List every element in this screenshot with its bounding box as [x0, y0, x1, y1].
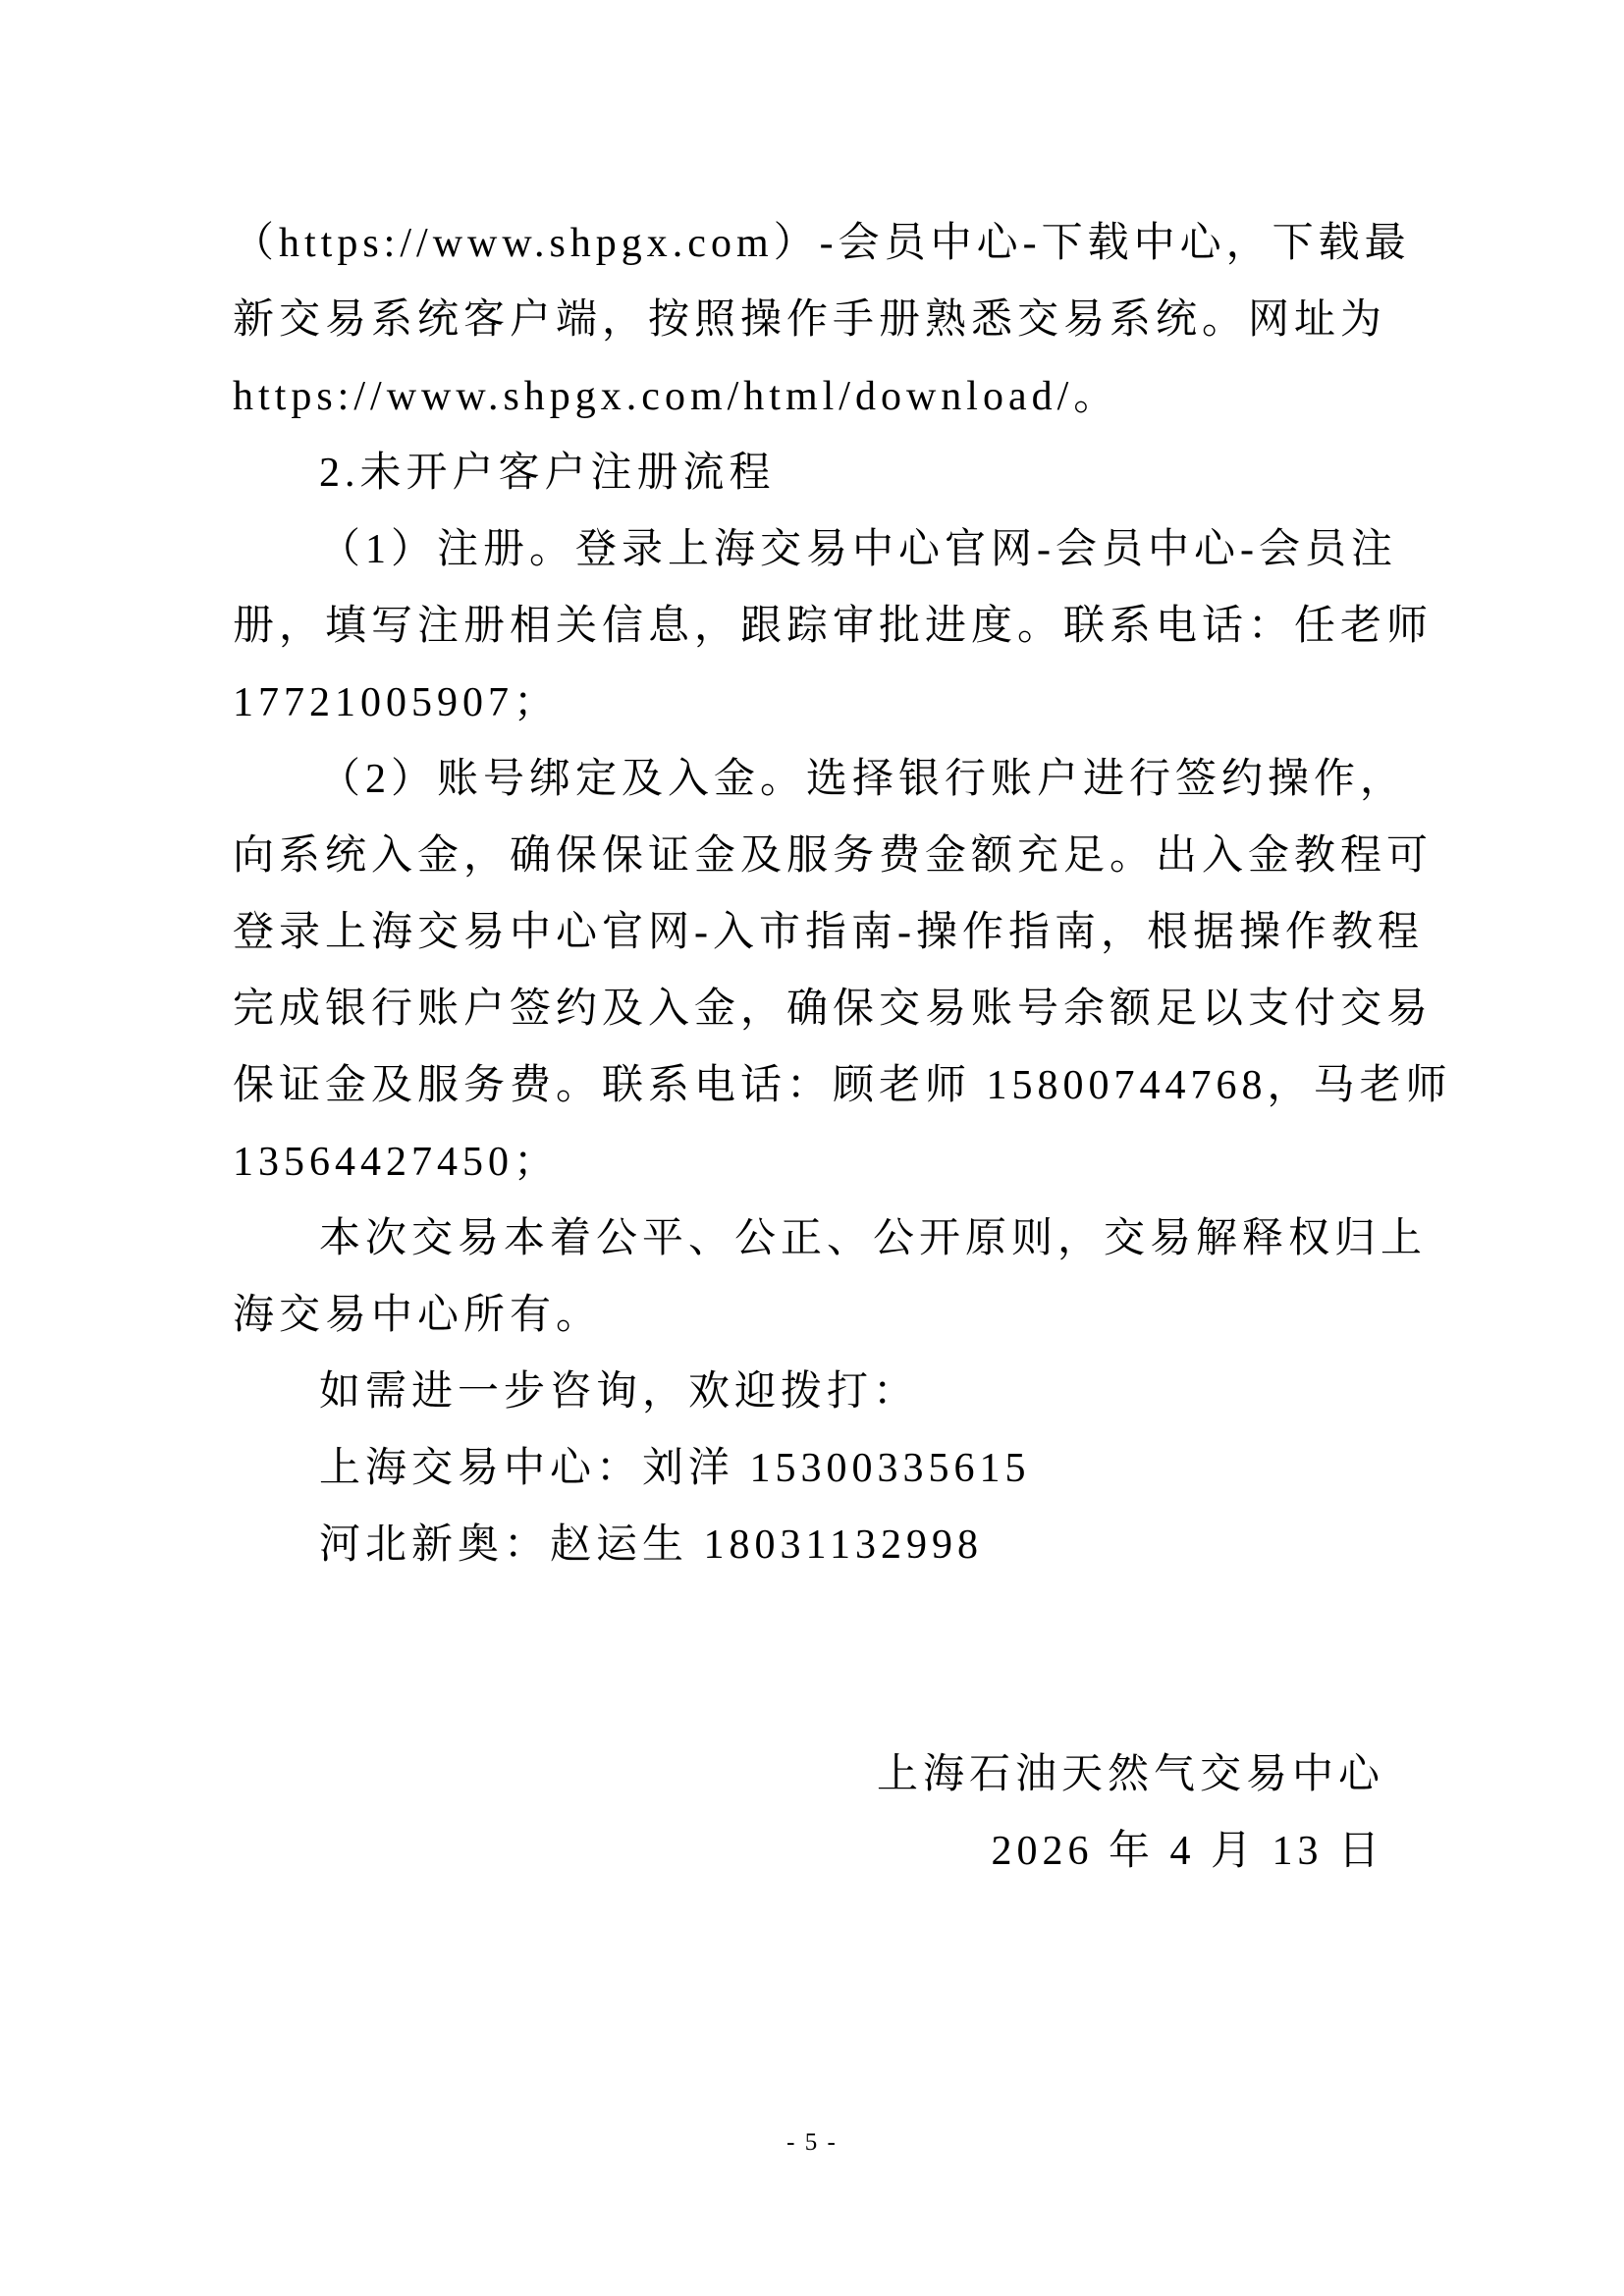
- body-line: （1）注册。登录上海交易中心官网-会员中心-会员注: [233, 511, 1384, 588]
- contact-line: 河北新奥：赵运生 18031132998: [233, 1507, 1384, 1583]
- body-line: 册，填写注册相关信息，跟踪审批进度。联系电话：任老师: [233, 588, 1384, 665]
- body-line: （2）账号绑定及入金。选择银行账户进行签约操作，: [233, 741, 1384, 818]
- document-body: （https://www.shpgx.com）-会员中心-下载中心，下载最 新交…: [233, 205, 1384, 1890]
- phone-number: 13564427450；: [233, 1124, 1384, 1201]
- contact-line: 上海交易中心：刘洋 15300335615: [233, 1430, 1384, 1507]
- blank-line: [233, 1583, 1384, 1660]
- section-heading: 2.未开户客户注册流程: [233, 435, 1384, 511]
- body-line: 如需进一步咨询，欢迎拨打：: [233, 1354, 1384, 1430]
- page-number: - 5 -: [0, 2128, 1624, 2158]
- download-url: https://www.shpgx.com/html/download/。: [233, 358, 1384, 435]
- body-line: 向系统入金，确保保证金及服务费金额充足。出入金教程可: [233, 818, 1384, 894]
- blank-line: [233, 1660, 1384, 1736]
- body-line: （https://www.shpgx.com）-会员中心-下载中心，下载最: [233, 205, 1384, 282]
- body-line: 登录上海交易中心官网-入市指南-操作指南，根据操作教程: [233, 894, 1384, 971]
- body-line: 新交易系统客户端，按照操作手册熟悉交易系统。网址为: [233, 282, 1384, 358]
- body-line: 完成银行账户签约及入金，确保交易账号余额足以支付交易: [233, 971, 1384, 1047]
- signature-org: 上海石油天然气交易中心: [233, 1736, 1384, 1813]
- body-line: 本次交易本着公平、公正、公开原则，交易解释权归上: [233, 1201, 1384, 1277]
- document-page: （https://www.shpgx.com）-会员中心-下载中心，下载最 新交…: [0, 0, 1624, 2296]
- phone-number: 17721005907；: [233, 665, 1384, 741]
- signature-date: 2026 年 4 月 13 日: [233, 1813, 1384, 1890]
- body-line: 保证金及服务费。联系电话：顾老师 15800744768，马老师: [233, 1047, 1384, 1124]
- body-line: 海交易中心所有。: [233, 1277, 1384, 1354]
